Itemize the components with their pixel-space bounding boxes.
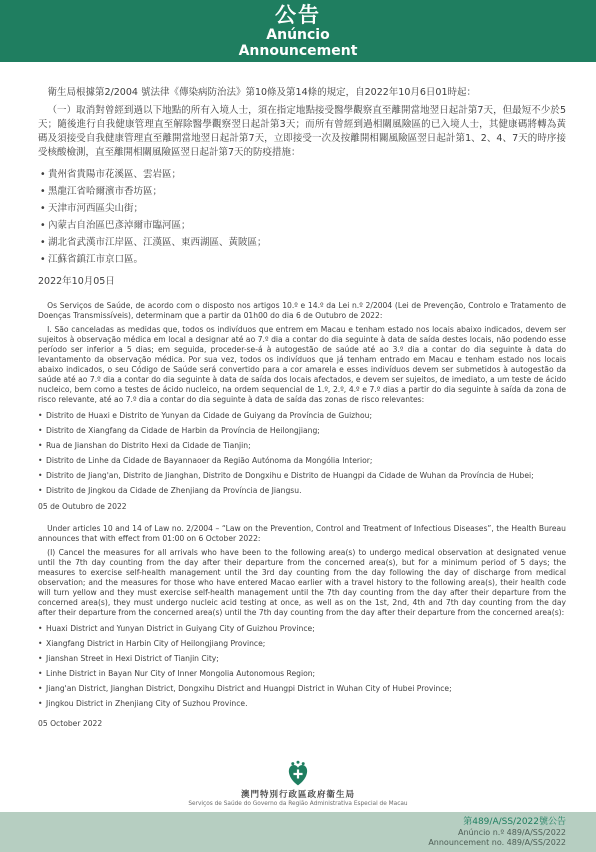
section-english: Under articles 10 and 14 of Law no. 2/20… bbox=[38, 524, 566, 729]
zh-intro-paragraph: 衛生局根據第2/2004 號法律《傳染病防治法》第10條及第14條的規定，自20… bbox=[38, 86, 566, 100]
pt-area-item: Rua de Jianshan do Distrito Hexi da Cida… bbox=[38, 441, 566, 451]
pt-area-item: Distrito de Huaxi e Distrito de Yunyan d… bbox=[38, 411, 566, 421]
header-band: 公告 Anúncio Announcement bbox=[0, 0, 596, 62]
en-area-item: Linhe District in Bayan Nur City of Inne… bbox=[38, 669, 566, 679]
zh-measures-paragraph: （一）取消對曾經到過以下地點的所有入境人士，須在指定地點接受醫學觀察直至離開當地… bbox=[38, 104, 566, 160]
footer-org-name-pt: Serviços de Saúde do Governo da Região A… bbox=[0, 800, 596, 808]
section-portuguese: Os Serviços de Saúde, de acordo com o di… bbox=[38, 301, 566, 512]
zh-area-list: 貴州省貴陽市花溪區、雲岩區； 黑龍江省哈爾濱市香坊區； 天津市河西區尖山街； 內… bbox=[38, 168, 566, 267]
page-title-en: Announcement bbox=[0, 43, 596, 59]
en-area-item: Jianshan Street in Hexi District of Tian… bbox=[38, 654, 566, 664]
reference-band: 第489/A/SS/2022號公告 Anúncio n.º 489/A/SS/2… bbox=[0, 812, 596, 852]
zh-area-item: 天津市河西區尖山街； bbox=[38, 202, 566, 216]
ref-number-zh: 第489/A/SS/2022號公告 bbox=[0, 816, 566, 828]
en-area-list: Huaxi District and Yunyan District in Gu… bbox=[38, 624, 566, 709]
pt-date: 05 de Outubro de 2022 bbox=[38, 502, 566, 512]
en-area-item: Xiangfang District in Harbin City of Hei… bbox=[38, 639, 566, 649]
page-title-pt: Anúncio bbox=[0, 27, 596, 43]
footer: 澳門特別行政區政府衞生局 Serviços de Saúde do Govern… bbox=[0, 760, 596, 808]
pt-area-item: Distrito de Jingkou da Cidade de Zhenjia… bbox=[38, 486, 566, 496]
pt-area-list: Distrito de Huaxi e Distrito de Yunyan d… bbox=[38, 411, 566, 496]
ref-number-en: Announcement no. 489/A/SS/2022 bbox=[0, 838, 566, 848]
pt-area-item: Distrito de Xiangfang da Cidade de Harbi… bbox=[38, 426, 566, 436]
health-bureau-cross-logo-icon bbox=[285, 760, 311, 786]
announcement-body: 衛生局根據第2/2004 號法律《傳染病防治法》第10條及第14條的規定，自20… bbox=[0, 62, 596, 729]
pt-area-item: Distrito de Jiang'an, Distrito de Jiangh… bbox=[38, 471, 566, 481]
en-intro-paragraph: Under articles 10 and 14 of Law no. 2/20… bbox=[38, 524, 566, 544]
zh-area-item: 江蘇省鎮江市京口區。 bbox=[38, 253, 566, 267]
footer-org-name-zh: 澳門特別行政區政府衞生局 bbox=[0, 790, 596, 800]
page-title-zh: 公告 bbox=[0, 3, 596, 27]
en-area-item: Jingkou District in Zhenjiang City of Su… bbox=[38, 699, 566, 709]
en-area-item: Huaxi District and Yunyan District in Gu… bbox=[38, 624, 566, 634]
en-area-item: Jiang'an District, Jianghan District, Do… bbox=[38, 684, 566, 694]
announcement-page: 公告 Anúncio Announcement 衛生局根據第2/2004 號法律… bbox=[0, 0, 596, 852]
zh-area-item: 黑龍江省哈爾濱市香坊區； bbox=[38, 185, 566, 199]
en-measures-paragraph: (I) Cancel the measures for all arrivals… bbox=[38, 548, 566, 618]
zh-area-item: 內蒙古自治區巴彥淖爾市臨河區； bbox=[38, 219, 566, 233]
zh-area-item: 貴州省貴陽市花溪區、雲岩區； bbox=[38, 168, 566, 182]
pt-intro-paragraph: Os Serviços de Saúde, de acordo com o di… bbox=[38, 301, 566, 321]
ref-number-pt: Anúncio n.º 489/A/SS/2022 bbox=[0, 828, 566, 838]
pt-area-item: Distrito de Linhe da Cidade de Bayannaoe… bbox=[38, 456, 566, 466]
zh-area-item: 湖北省武漢市江岸區、江漢區、東西湖區、黃陂區； bbox=[38, 236, 566, 250]
zh-date: 2022年10月05日 bbox=[38, 275, 566, 289]
section-chinese: 衛生局根據第2/2004 號法律《傳染病防治法》第10條及第14條的規定，自20… bbox=[38, 86, 566, 289]
pt-measures-paragraph: I. São canceladas as medidas que, todos … bbox=[38, 325, 566, 405]
en-date: 05 October 2022 bbox=[38, 719, 566, 729]
